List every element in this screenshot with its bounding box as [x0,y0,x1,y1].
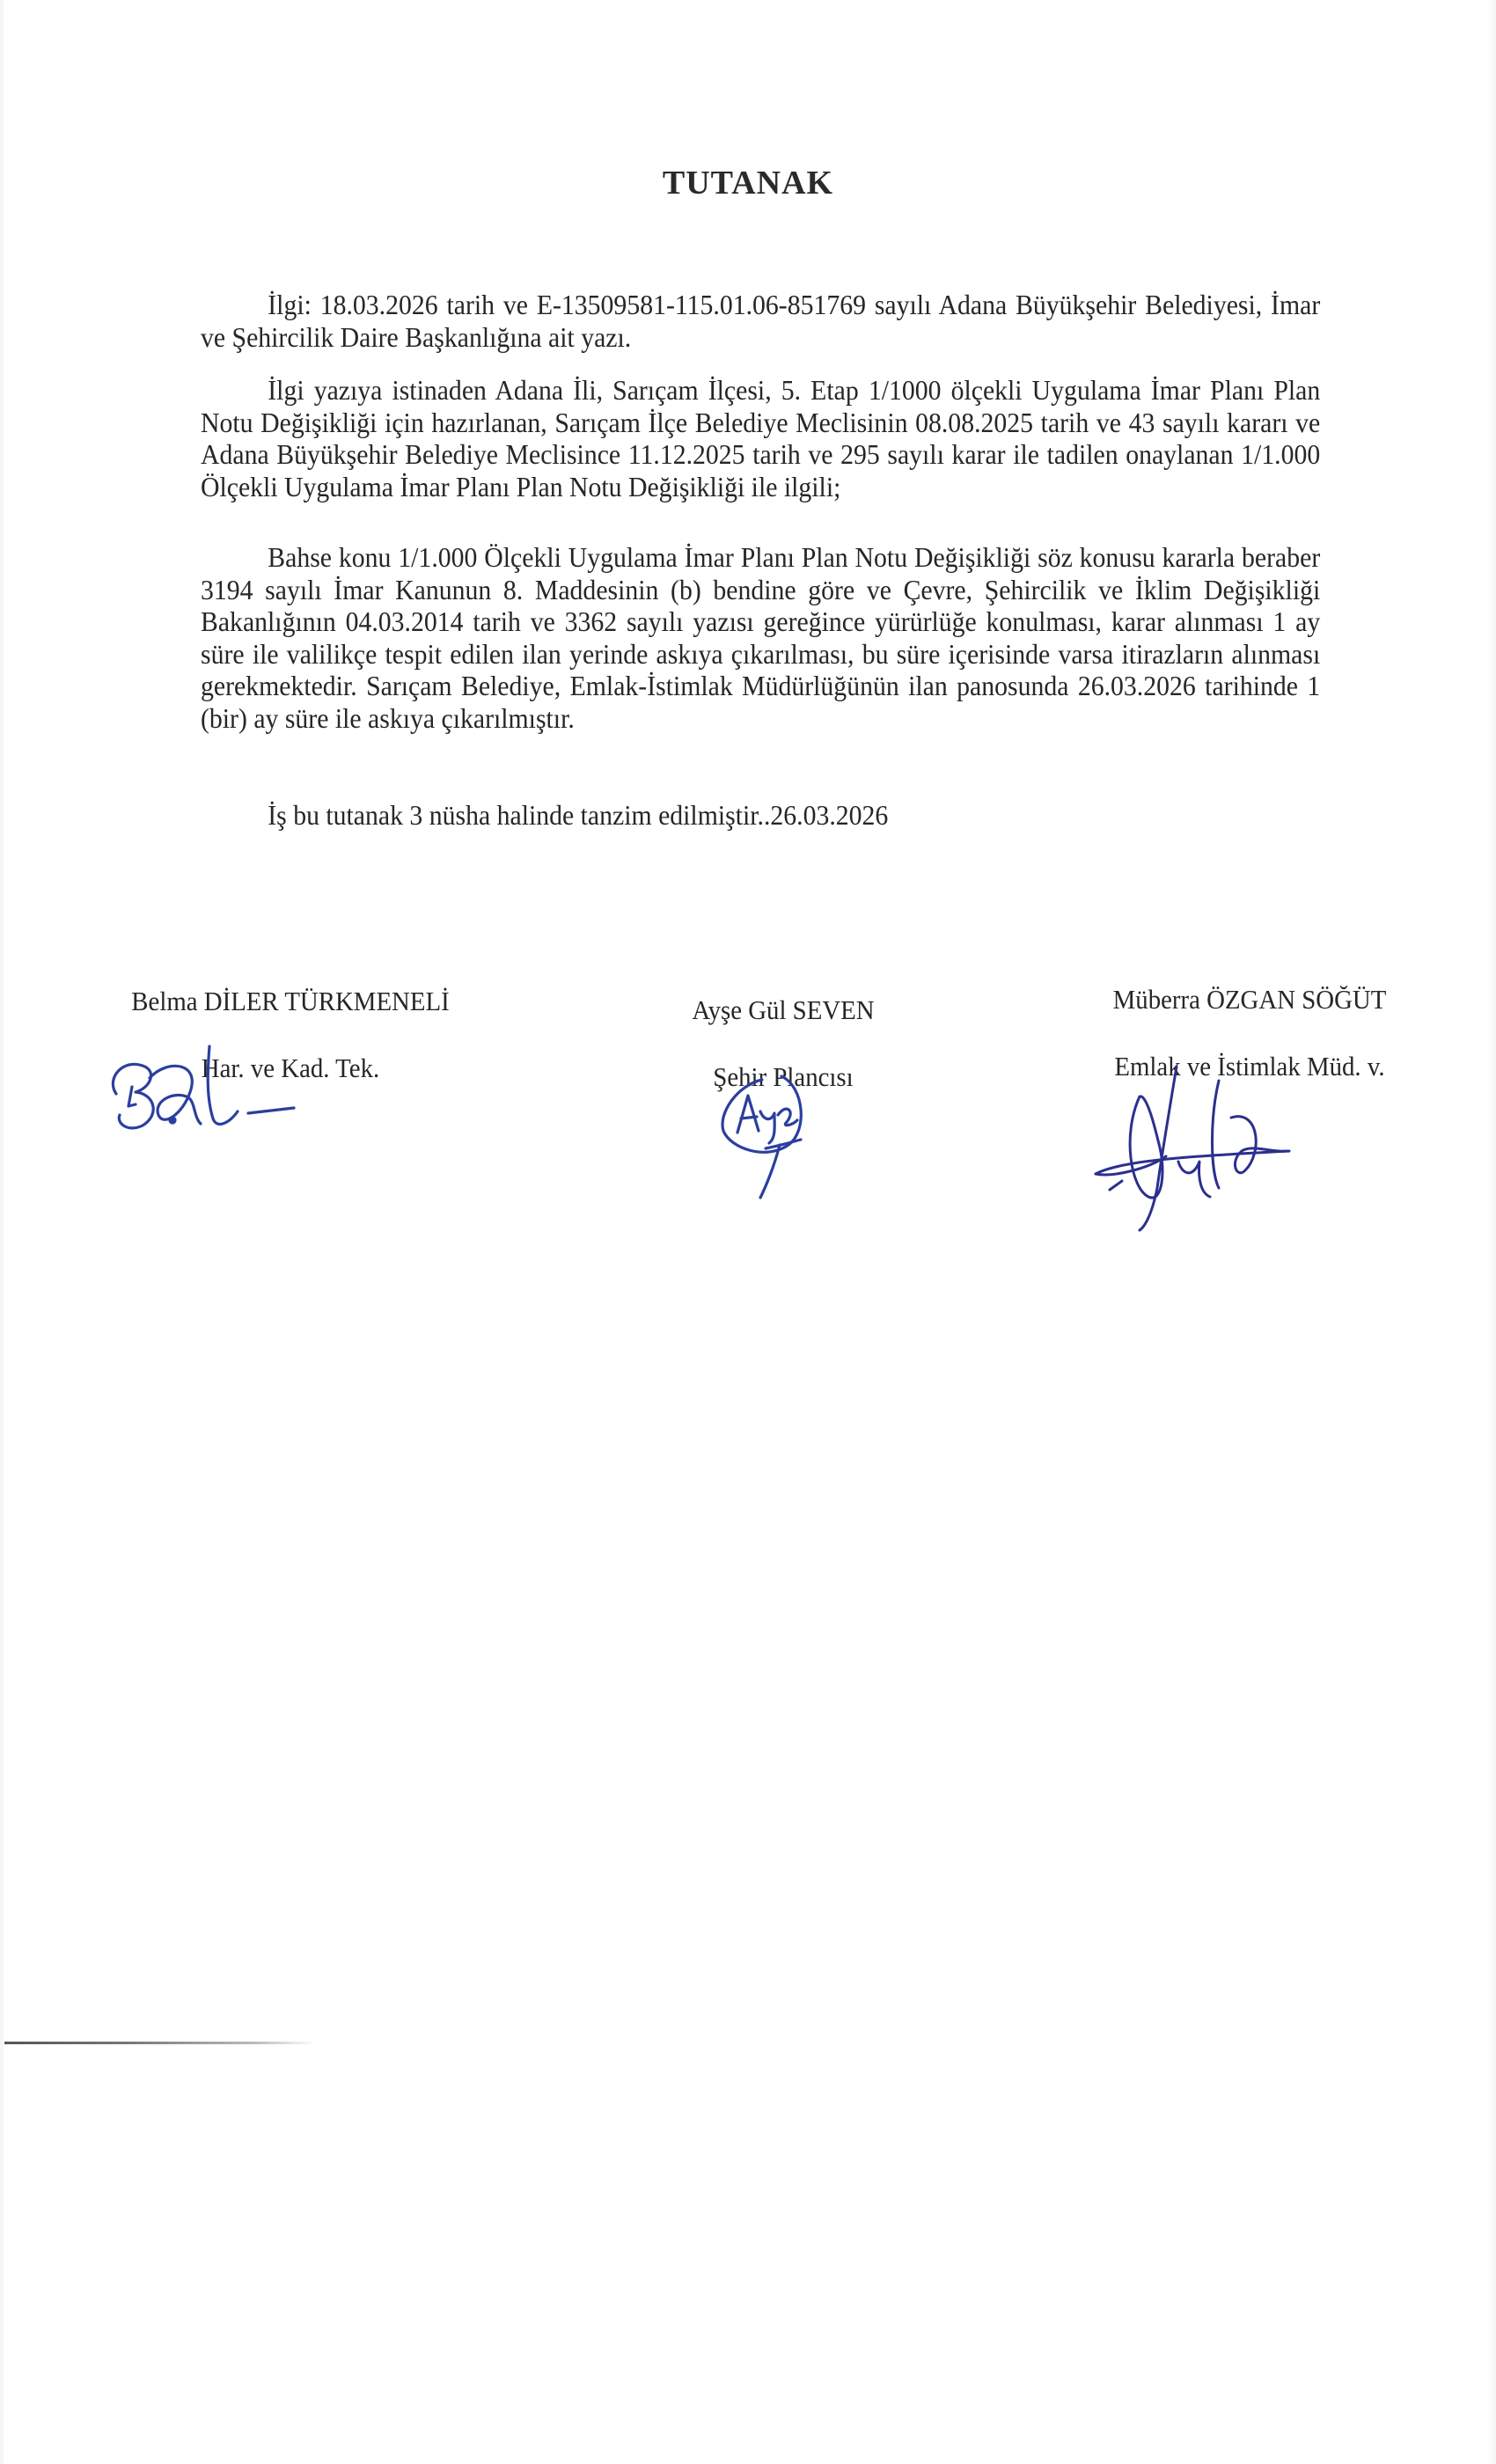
subject-paragraph: Bahse konu 1/1.000 Ölçekli Uygulama İmar… [201,541,1320,734]
subject-text: Bahse konu 1/1.000 Ölçekli Uygulama İmar… [201,541,1320,734]
reference-paragraph: İlgi: 18.03.2026 tarih ve E-13509581-115… [201,289,1320,353]
signatory-name: Ayşe Gül SEVEN [652,994,914,1026]
handwritten-signature-icon [1087,1065,1316,1232]
reference-text: İlgi: 18.03.2026 tarih ve E-13509581-115… [201,289,1320,353]
scan-edge-left [0,0,4,2464]
intro-text: İlgi yazıya istinaden Adana İli, Sarıçam… [201,374,1320,502]
signatory-name: Müberra ÖZGAN SÖĞÜT [1082,984,1417,1016]
document-title: TUTANAK [0,164,1496,202]
scan-artifact-line [4,2042,317,2044]
handwritten-signature-icon [713,1069,818,1201]
signatory-name: Belma DİLER TÜRKMENELİ [110,986,470,1017]
intro-paragraph: İlgi yazıya istinaden Adana İli, Sarıçam… [201,374,1320,502]
closing-paragraph: İş bu tutanak 3 nüsha halinde tanzim edi… [201,799,1320,832]
handwritten-signature-icon [97,1043,308,1140]
scan-edge-right [1487,0,1496,2464]
closing-text: İş bu tutanak 3 nüsha halinde tanzim edi… [201,799,1320,832]
